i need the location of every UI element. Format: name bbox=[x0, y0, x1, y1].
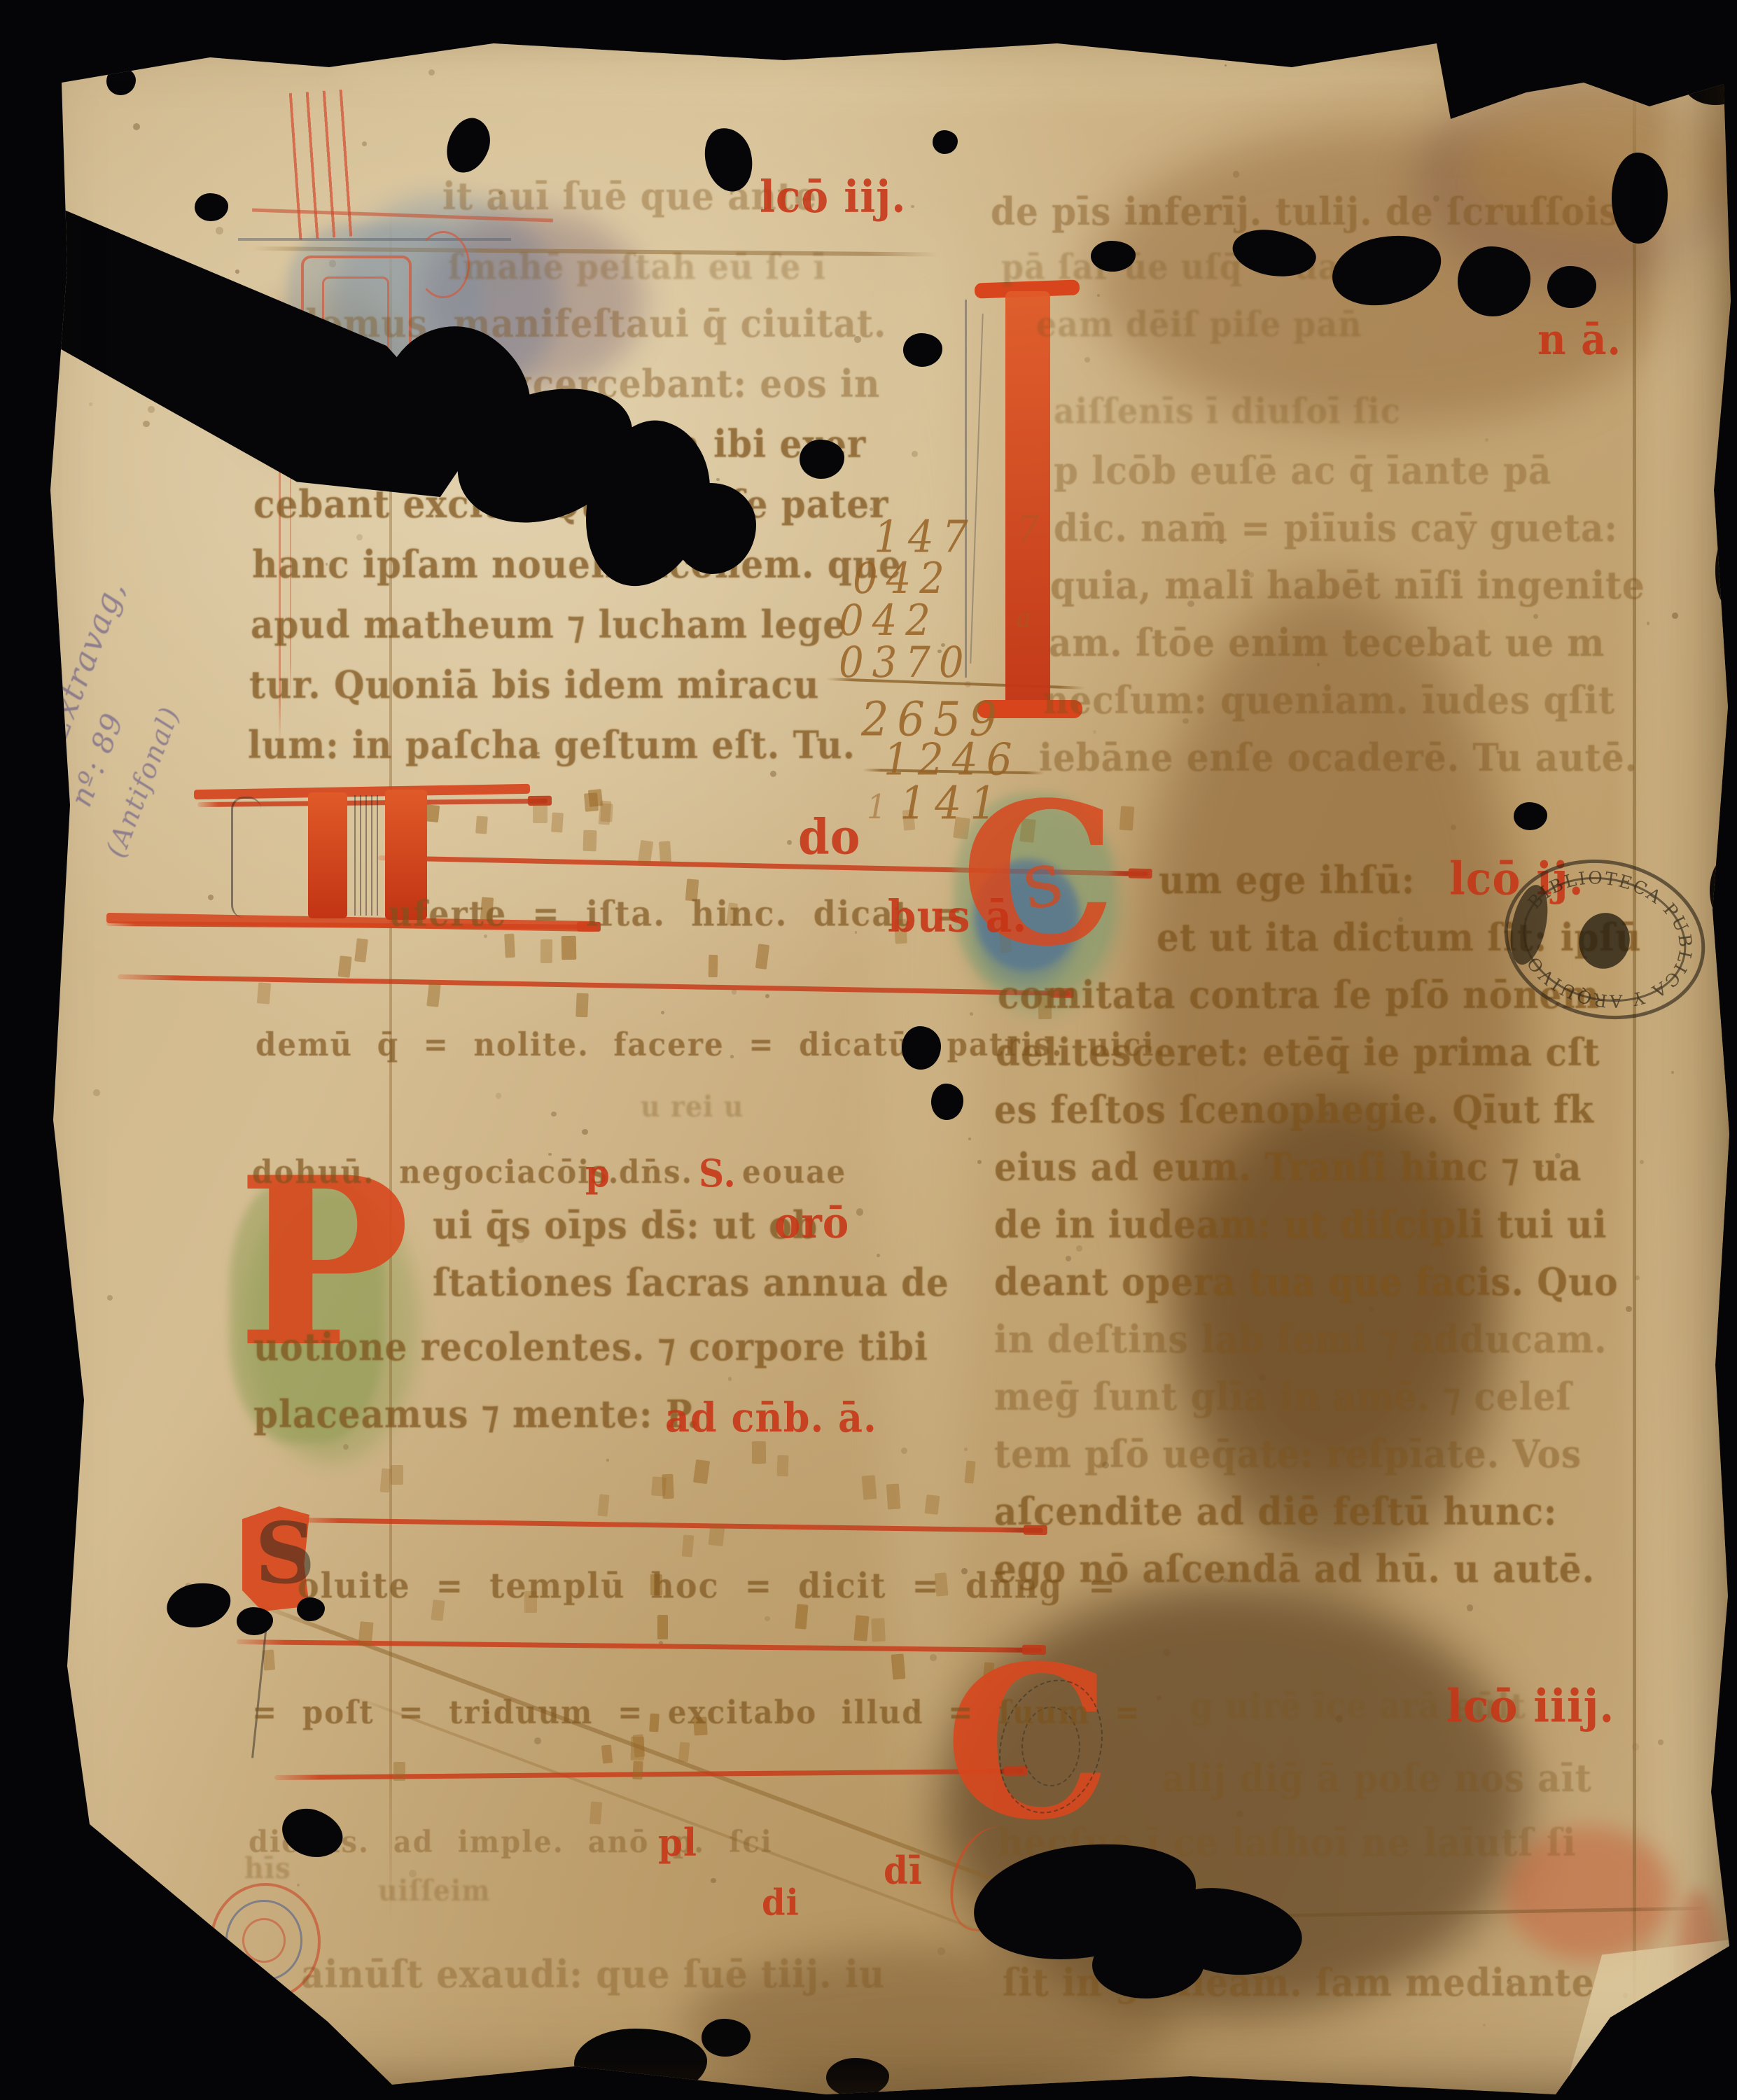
initial-curl bbox=[189, 1967, 221, 1999]
parchment: PSCsC it auī ſuē que antelcō iij.ſmahē p… bbox=[0, 0, 1737, 2100]
speck bbox=[183, 2012, 185, 2014]
manuscript-photo: PSCsC it auī ſuē que antelcō iij.ſmahē p… bbox=[0, 0, 1737, 2100]
edge-vignette bbox=[0, 0, 1737, 2100]
speck bbox=[123, 1945, 125, 1947]
speck bbox=[173, 1898, 177, 1903]
